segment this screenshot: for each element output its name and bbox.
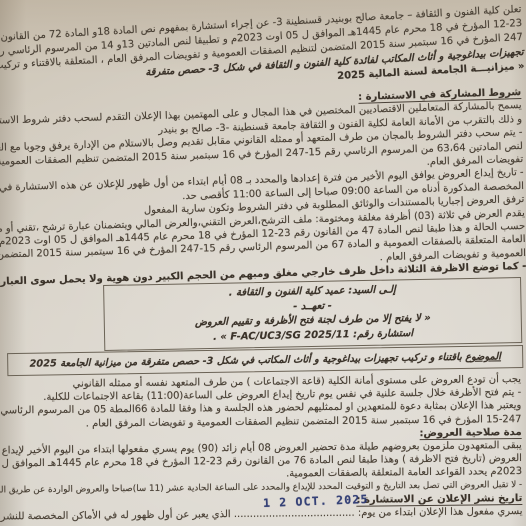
- subject-text: باقتناء و تركيب تجهيزات بيداغوجية و أثاث…: [29, 352, 461, 370]
- deposit-validity-publication-section: يجب أن تودع العروض على مستوى أمانة الكلي…: [0, 373, 523, 524]
- subject-label: الموضوع: [465, 351, 501, 363]
- scanned-document-photo: تعلن كلية الفنون و الثقافة – جامعة صالح …: [0, 0, 526, 526]
- envelope-inscription-box: إلـى السيد: عميد كلية الفنون و الثقافة .…: [103, 277, 522, 351]
- validity-heading-text: مدة صلاحية العروض:: [419, 427, 521, 440]
- participation-conditions-section: شروط المشاركة في الاستشارة : يسمح بالمشا…: [0, 86, 526, 291]
- subject-box: الموضوع باقتناء و تركيب تجهيزات بيداغوجي…: [7, 345, 523, 377]
- subject-line: الموضوع باقتناء و تركيب تجهيزات بيداغوجي…: [11, 350, 519, 371]
- document-page: تعلن كلية الفنون و الثقافة – جامعة صالح …: [0, 0, 526, 526]
